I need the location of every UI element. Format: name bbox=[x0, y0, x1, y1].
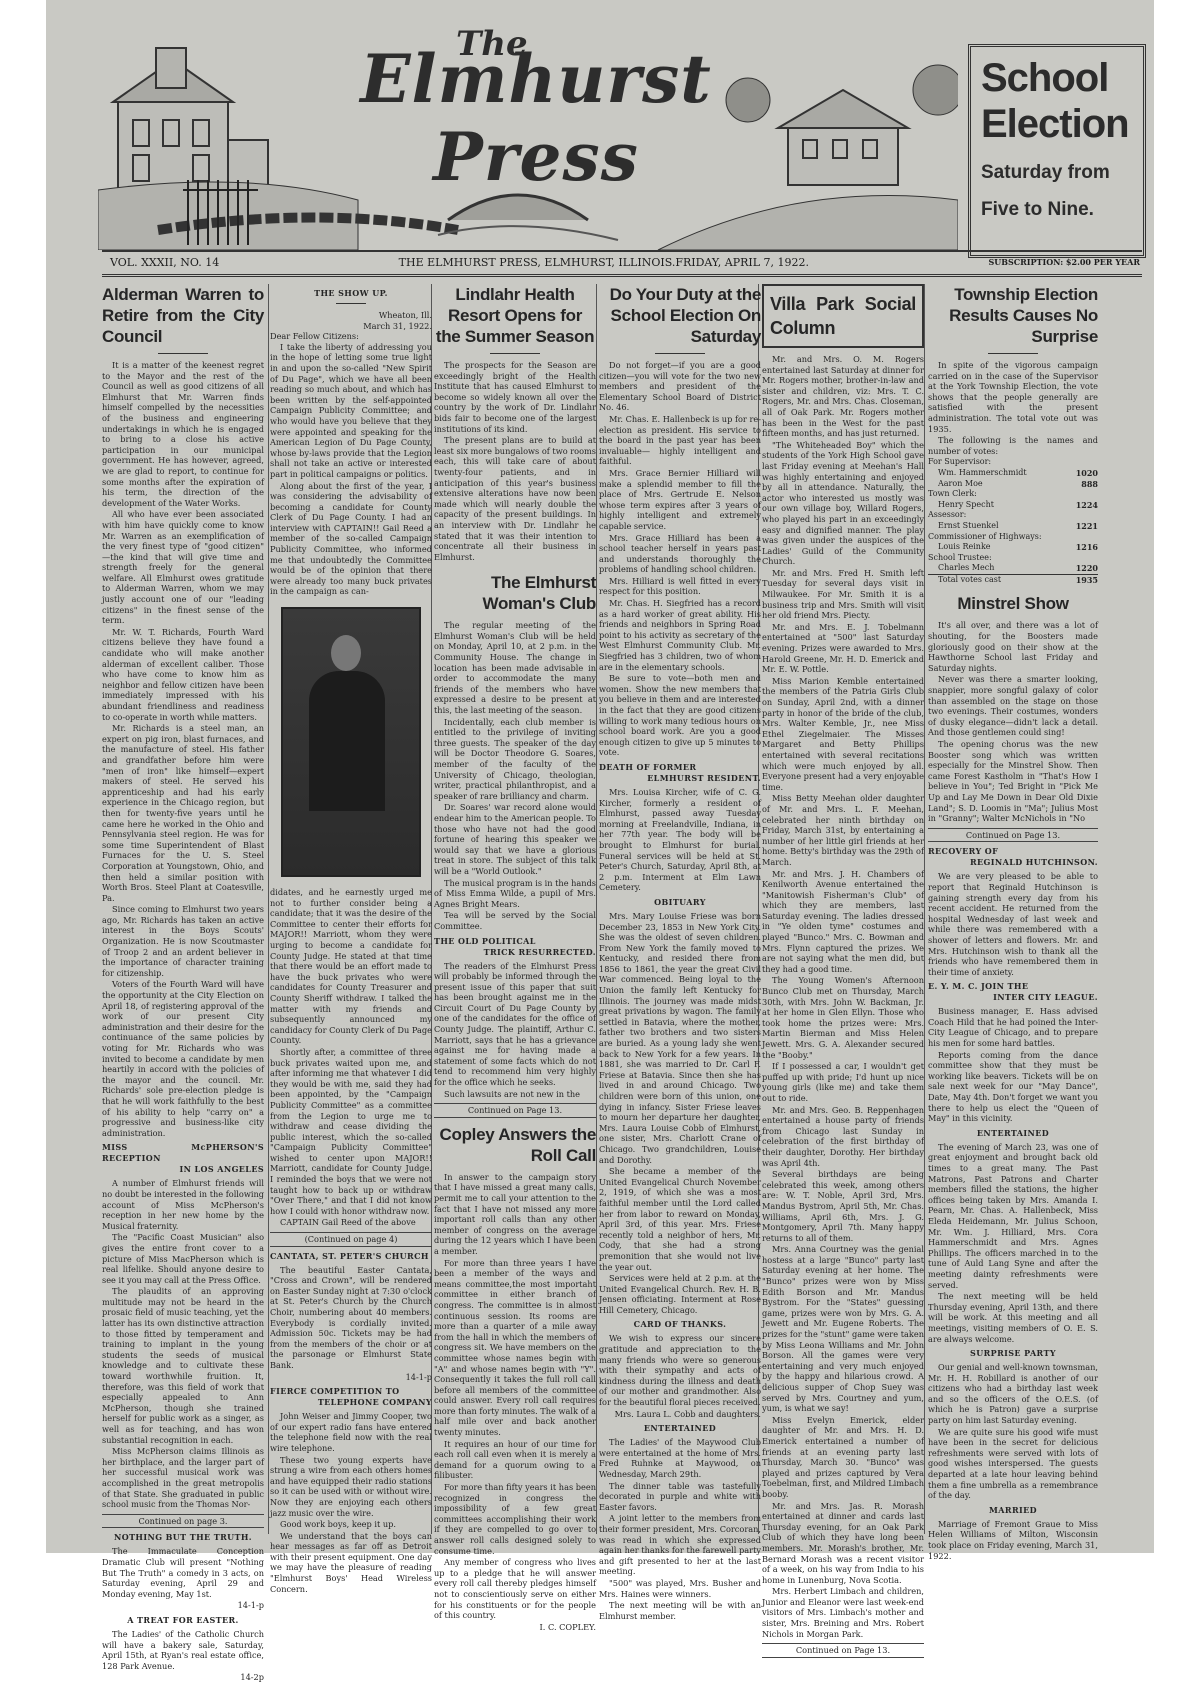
vote-office: Town Clerk: bbox=[928, 489, 1070, 500]
column-divider bbox=[924, 284, 925, 1534]
vote-count: 888 bbox=[1070, 479, 1098, 490]
vote-row: School Trustee: bbox=[928, 553, 1098, 564]
vote-count: 1221 bbox=[1070, 521, 1098, 532]
vote-count: 1220 bbox=[1070, 563, 1098, 574]
article-paragraph: Mr. Chas. H. Siegfried has a record as a… bbox=[599, 598, 761, 672]
vote-count bbox=[1070, 532, 1098, 543]
headline-minstrel-show: Minstrel Show bbox=[928, 593, 1098, 614]
headline-mcpherson: MISS McPHERSON'S RECEPTION IN LOS ANGELE… bbox=[102, 1142, 264, 1175]
vote-candidate: Henry Specht bbox=[928, 500, 1070, 511]
vote-office: For Supervisor: bbox=[928, 457, 1070, 468]
headline-obituary: OBITUARY bbox=[599, 897, 761, 908]
article-paragraph: The Immaculate Conception Dramatic Club … bbox=[102, 1546, 264, 1553]
article-paragraph: The Ladies' of the Maywood Club were ent… bbox=[599, 1437, 761, 1479]
vote-row: Henry Specht1224 bbox=[928, 500, 1098, 511]
vote-row: Commissioner of Highways: bbox=[928, 532, 1098, 543]
headline-political-trick: THE OLD POLITICAL TRICK RESURRECTED. bbox=[434, 936, 596, 958]
column-2: THE SHOW UP. Wheaton, Ill. March 31, 192… bbox=[270, 284, 432, 1553]
headline-married: MARRIED bbox=[928, 1505, 1098, 1516]
headline-nothing-but-truth: NOTHING BUT THE TRUTH. bbox=[102, 1532, 264, 1543]
divider bbox=[490, 353, 540, 354]
vote-row: Ernst Stuenkel1221 bbox=[928, 521, 1098, 532]
promo-sub1: Saturday from bbox=[981, 161, 1133, 184]
article-paragraph: It requires an hour of our time for each… bbox=[434, 1439, 596, 1481]
portrait-photo bbox=[281, 607, 421, 877]
divider bbox=[655, 353, 705, 354]
vote-row: Town Clerk: bbox=[928, 489, 1098, 500]
vote-row: Aaron Moe888 bbox=[928, 479, 1098, 490]
column-5: Villa Park Social Column Mr. and Mrs. O.… bbox=[762, 284, 924, 1553]
article-paragraph: didates, and he earnestly urged me not t… bbox=[270, 887, 432, 1046]
continued-notice: (Continued on page 4) bbox=[270, 1232, 432, 1247]
article-paragraph: The plaudits of an approving multitude m… bbox=[102, 1286, 264, 1445]
article-paragraph: The Young Women's Afternoon Bunco Club m… bbox=[762, 975, 924, 1060]
headline-school-election: Do Your Duty at the School Election On S… bbox=[599, 284, 761, 347]
letter-salutation: Dear Fellow Citizens: bbox=[270, 331, 432, 342]
article-paragraph: Reports coming from the dance committee … bbox=[928, 1050, 1098, 1124]
dateline: VOL. XXXII, NO. 14 THE ELMHURST PRESS, E… bbox=[110, 252, 1140, 272]
article-paragraph: The readers of the Elmhurst Press will p… bbox=[434, 961, 596, 1088]
article-paragraph: The dinner table was tastefully decorate… bbox=[599, 1481, 761, 1513]
headline-death-former-resident: DEATH OF FORMER ELMHURST RESIDENT. bbox=[599, 762, 761, 784]
vote-row: Charles Mech1220 bbox=[928, 563, 1098, 574]
promo-line2: Election bbox=[981, 101, 1133, 147]
article-paragraph: Do not forget—if you are a good citizen—… bbox=[599, 360, 761, 413]
article-paragraph: Miss Betty Meehan older daughter of Mr. … bbox=[762, 793, 924, 867]
article-paragraph: Mr. and Mrs. J. H. Chambers of Kenilwort… bbox=[762, 869, 924, 975]
article-paragraph: For more than fifty years it has been re… bbox=[434, 1482, 596, 1553]
article-paragraph: Such lawsuits are not new in the bbox=[434, 1089, 596, 1100]
vote-row: Assessor: bbox=[928, 510, 1098, 521]
article-paragraph: The prospects for the Season are exceedi… bbox=[434, 360, 596, 434]
article-paragraph: These two young experts have strung a wi… bbox=[270, 1455, 432, 1519]
headline-recovery: RECOVERY OF REGINALD HUTCHINSON. bbox=[928, 846, 1098, 868]
article-paragraph: Dr. Soares' war record alone would endea… bbox=[434, 802, 596, 876]
article-paragraph: A number of Elmhurst friends will no dou… bbox=[102, 1178, 264, 1231]
column-1: Alderman Warren to Retire from the City … bbox=[102, 284, 264, 1553]
article-paragraph: Since coming to Elmhurst two years ago, … bbox=[102, 904, 264, 978]
vote-count: 1224 bbox=[1070, 500, 1098, 511]
article-paragraph: Our genial and well-known townsman, Mr. … bbox=[928, 1362, 1098, 1426]
vote-candidate: Wm. Hammerschmidt bbox=[928, 468, 1070, 479]
article-paragraph: The regular meeting of the Elmhurst Woma… bbox=[434, 620, 596, 715]
column-divider bbox=[268, 284, 269, 1534]
masthead-title: Elmhurst Press bbox=[256, 40, 816, 196]
headline-copley: Copley Answers the Roll Call bbox=[434, 1124, 596, 1166]
article-paragraph: Tea will be served by the Social Committ… bbox=[434, 910, 596, 931]
article-paragraph: Be sure to vote—both men and women. Show… bbox=[599, 673, 761, 758]
article-paragraph: Mrs. Mary Louise Friese was born Decembe… bbox=[599, 911, 761, 1165]
total-votes-label: Total votes cast bbox=[928, 574, 1070, 585]
vote-results-table: For Supervisor:Wm. Hammerschmidt1020Aaro… bbox=[928, 457, 1098, 585]
column-4: Do Your Duty at the School Election On S… bbox=[599, 284, 761, 1553]
article-paragraph: Mr. W. T. Richards, Fourth Ward citizens… bbox=[102, 627, 264, 722]
promo-line1: School bbox=[981, 55, 1133, 101]
vote-candidate: Aaron Moe bbox=[928, 479, 1070, 490]
continued-notice: Continued on Page 13. bbox=[928, 828, 1098, 843]
vote-candidate: Louis Reinke bbox=[928, 542, 1070, 553]
column-3: Lindlahr Health Resort Opens for the Sum… bbox=[434, 284, 596, 1553]
ad-code: 14-1-p bbox=[270, 1372, 432, 1383]
article-paragraph: Business manager, E. Hass advised Coach … bbox=[928, 1006, 1098, 1048]
headline-lindlahr: Lindlahr Health Resort Opens for the Sum… bbox=[434, 284, 596, 347]
article-paragraph: Mr. Chas. E. Hallenbeck is up for re-ele… bbox=[599, 414, 761, 467]
letter-place: Wheaton, Ill. bbox=[270, 310, 432, 321]
article-paragraph: In spite of the vigorous campaign carrie… bbox=[928, 360, 1098, 434]
headline-entertained: ENTERTAINED bbox=[928, 1128, 1098, 1139]
headline-cantata: CANTATA, ST. PETER'S CHURCH bbox=[270, 1251, 432, 1262]
total-votes-value: 1935 bbox=[1070, 574, 1098, 585]
article-paragraph: The next meeting will be held Thursday e… bbox=[928, 1291, 1098, 1344]
article-paragraph: Voters of the Fourth Ward will have the … bbox=[102, 979, 264, 1138]
article-paragraph: Shortly after, a committee of three buck… bbox=[270, 1047, 432, 1217]
article-paragraph: Mrs. Grace Hilliard has been a school te… bbox=[599, 533, 761, 575]
article-paragraph: If I possessed a car, I wouldn't get puf… bbox=[762, 1061, 924, 1103]
article-paragraph: Mrs. Louisa Kircher, wife of C. G. Kirch… bbox=[599, 787, 761, 893]
article-paragraph: Mrs. Anna Courtney was the genial hostes… bbox=[762, 1244, 924, 1414]
article-paragraph: Along about the first of the year, I was… bbox=[270, 481, 432, 598]
article-paragraph: Mr. and Mrs. Geo. B. Reppenhagen enterta… bbox=[762, 1105, 924, 1169]
vote-count bbox=[1070, 489, 1098, 500]
article-paragraph: The "Pacific Coast Musician" also gives … bbox=[102, 1232, 264, 1285]
article-paragraph: We wish to express our sincere gratitude… bbox=[599, 1333, 761, 1407]
promo-sub2: Five to Nine. bbox=[981, 198, 1133, 221]
school-election-promo: School Election Saturday from Five to Ni… bbox=[968, 44, 1146, 258]
subscription-price: SUBSCRIPTION: $2.00 PER YEAR bbox=[988, 257, 1140, 267]
article-paragraph: All who have ever been associated with h… bbox=[102, 509, 264, 626]
column-divider bbox=[596, 284, 597, 1534]
continued-notice: Continued on Page 13. bbox=[434, 1103, 596, 1118]
article-paragraph: The evening of March 23, was one of grea… bbox=[928, 1142, 1098, 1290]
signature: Mrs. Laura L. Cobb and daughters. bbox=[599, 1409, 761, 1420]
vote-count: 1216 bbox=[1070, 542, 1098, 553]
article-paragraph: I take the liberty of addressing you in … bbox=[270, 342, 432, 480]
headline-eymc: E. Y. M. C. JOIN THE INTER CITY LEAGUE. bbox=[928, 981, 1098, 1003]
article-paragraph: The present plans are to build at least … bbox=[434, 435, 596, 562]
newspaper-page: The Elmhurst Press School Election Satur… bbox=[46, 0, 1154, 1553]
article-paragraph: CAPTAIN Gail Reed of the above bbox=[270, 1217, 432, 1228]
vote-office: School Trustee: bbox=[928, 553, 1070, 564]
article-paragraph: The beautiful Easter Cantata, "Cross and… bbox=[270, 1265, 432, 1371]
article-paragraph: Never was there a smarter looking, snapp… bbox=[928, 674, 1098, 738]
article-paragraph: Marriage of Fremont Graue to Miss Helen … bbox=[928, 1519, 1098, 1553]
article-paragraph: It's all over, and there was a lot of sh… bbox=[928, 620, 1098, 673]
headline-entertained: ENTERTAINED bbox=[599, 1423, 761, 1434]
article-paragraph: Mr. and Mrs. Jas. R. Morash entertained … bbox=[762, 1501, 924, 1553]
masthead: The Elmhurst Press School Election Satur… bbox=[86, 20, 1146, 252]
article-paragraph: We are very pleased to be able to report… bbox=[928, 871, 1098, 977]
headline-show-up: THE SHOW UP. bbox=[270, 288, 432, 299]
article-paragraph: Miss Evelyn Emerick, elder daughter of M… bbox=[762, 1415, 924, 1500]
article-paragraph: Services were held at 2 p.m. at the Unit… bbox=[599, 1273, 761, 1315]
article-paragraph: In answer to the campaign story that I h… bbox=[434, 1172, 596, 1257]
headline-card-of-thanks: CARD OF THANKS. bbox=[599, 1319, 761, 1330]
article-paragraph: Mrs. Hilliard is well fitted in every re… bbox=[599, 576, 761, 597]
vote-row: Wm. Hammerschmidt1020 bbox=[928, 468, 1098, 479]
vote-count bbox=[1070, 457, 1098, 468]
article-paragraph: It is a matter of the keenest regret to … bbox=[102, 360, 264, 508]
vote-office: Commissioner of Highways: bbox=[928, 532, 1070, 543]
vote-row: Louis Reinke1216 bbox=[928, 542, 1098, 553]
article-paragraph: We understand that the boys can hear mes… bbox=[270, 1531, 432, 1553]
article-paragraph: The opening chorus was the new Booster s… bbox=[928, 739, 1098, 824]
continued-notice: Continued on page 3. bbox=[102, 1514, 264, 1529]
article-paragraph: Mr. and Mrs. Fred H. Smith left Tuesday … bbox=[762, 568, 924, 621]
vote-count bbox=[1070, 553, 1098, 564]
vote-row: For Supervisor: bbox=[928, 457, 1098, 468]
vote-count bbox=[1070, 510, 1098, 521]
article-paragraph: Miss McPherson claims Illinois as her bi… bbox=[102, 1446, 264, 1510]
article-paragraph: Miss Marion Kemble entertained the membe… bbox=[762, 676, 924, 793]
headline-township-election: Township Election Results Causes No Surp… bbox=[928, 284, 1098, 347]
article-paragraph: Mr. and Mrs. O. M. Rogers entertained la… bbox=[762, 354, 924, 439]
article-paragraph: Mr. Richards is a steel man, an expert o… bbox=[102, 723, 264, 903]
article-paragraph: Several birthdays are being celebrated t… bbox=[762, 1169, 924, 1243]
article-paragraph: The musical program is in the hands of M… bbox=[434, 878, 596, 910]
column-6: Township Election Results Causes No Surp… bbox=[928, 284, 1098, 1553]
article-paragraph: "The Whiteheaded Boy" which the students… bbox=[762, 440, 924, 567]
dateline-center: THE ELMHURST PRESS, ELMHURST, ILLINOIS.F… bbox=[399, 256, 809, 269]
article-paragraph: The following is the names and number of… bbox=[928, 435, 1098, 456]
article-paragraph: Mr. and Mrs. E. J. Tobelmann entertained… bbox=[762, 622, 924, 675]
article-paragraph: For more than three years I have been a … bbox=[434, 1258, 596, 1438]
article-paragraph: Good work boys, keep it up. bbox=[270, 1519, 432, 1530]
divider bbox=[336, 303, 366, 304]
headline-alderman-warren: Alderman Warren to Retire from the City … bbox=[102, 284, 264, 347]
headline-surprise-party: SURPRISE PARTY bbox=[928, 1348, 1098, 1359]
article-paragraph: Incidentally, each club member is entitl… bbox=[434, 717, 596, 802]
headline-telephone-competition: FIERCE COMPETITION TO TELEPHONE COMPANY bbox=[270, 1386, 432, 1408]
article-paragraph: Mrs. Grace Bernier Hilliard will make a … bbox=[599, 468, 761, 532]
letter-date: March 31, 1922. bbox=[270, 321, 432, 332]
article-paragraph: She became a member of the United Evange… bbox=[599, 1166, 761, 1272]
vote-count: 1020 bbox=[1070, 468, 1098, 479]
portrait-face bbox=[331, 635, 361, 671]
vote-candidate: Ernst Stuenkel bbox=[928, 521, 1070, 532]
divider bbox=[102, 274, 1142, 277]
divider bbox=[988, 353, 1038, 354]
headline-villa-park: Villa Park Social Column bbox=[770, 292, 916, 340]
article-paragraph: John Weiser and Jimmy Cooper, two of our… bbox=[270, 1411, 432, 1453]
volume-number: VOL. XXXII, NO. 14 bbox=[110, 256, 219, 269]
headline-womans-club: The Elmhurst Woman's Club bbox=[434, 572, 596, 614]
vote-office: Assessor: bbox=[928, 510, 1070, 521]
vote-candidate: Charles Mech bbox=[928, 563, 1070, 574]
article-paragraph: We are quite sure his good wife must hav… bbox=[928, 1427, 1098, 1501]
portrait-body bbox=[309, 671, 385, 811]
villa-park-header-box: Villa Park Social Column bbox=[762, 284, 924, 348]
article-paragraph: A joint letter to the members from their… bbox=[599, 1513, 761, 1553]
divider bbox=[158, 353, 208, 354]
